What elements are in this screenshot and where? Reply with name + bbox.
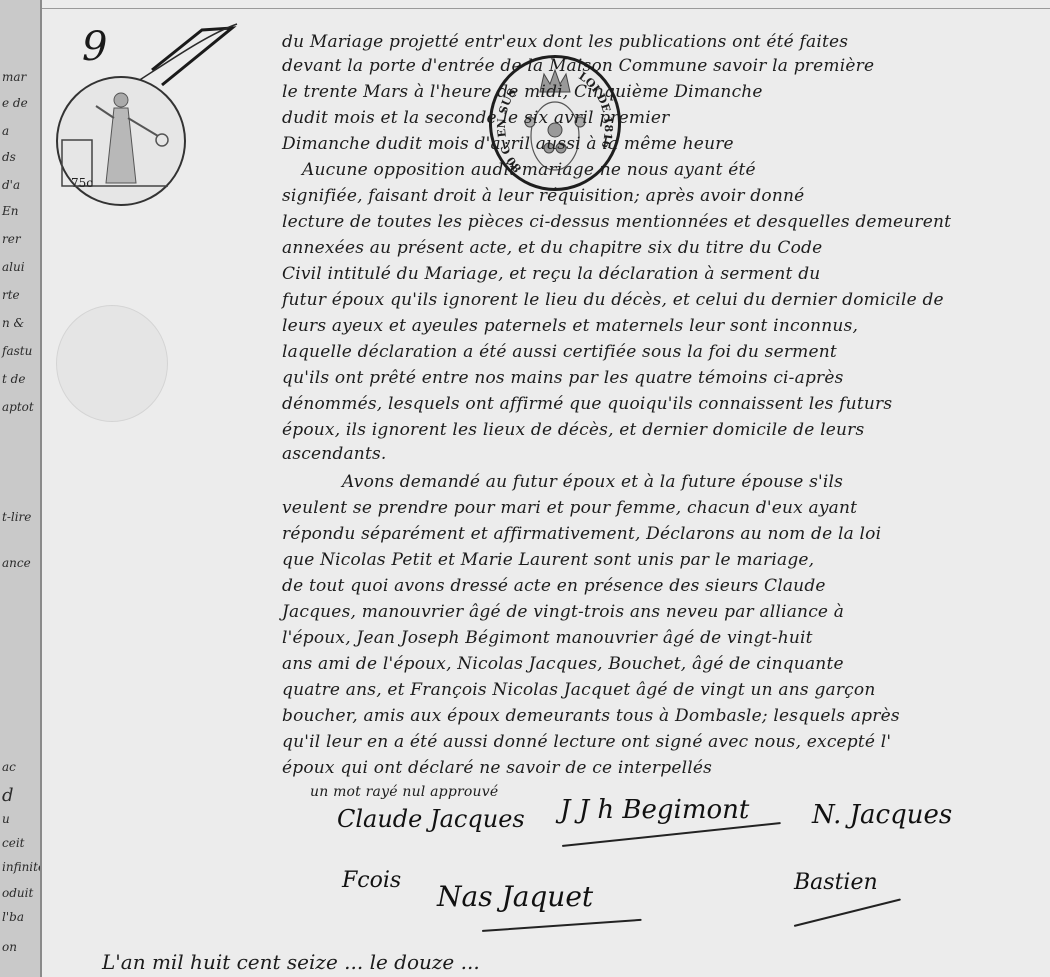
manuscript-line: répondu séparément et affirmativement, D… <box>282 524 881 544</box>
manuscript-line: veulent se prendre pour mari et pour fem… <box>282 498 857 518</box>
margin-fragment: u <box>2 812 10 826</box>
manuscript-line: Civil intitulé du Mariage, et reçu la dé… <box>282 264 820 284</box>
signature-begimont: J J h Begimont <box>560 795 749 825</box>
signature-flourish <box>794 898 901 927</box>
manuscript-line: ans ami de l'époux, Nicolas Jacques, Bou… <box>282 654 844 674</box>
manuscript-line: annexées au présent acte, et du chapitre… <box>282 238 822 258</box>
signature-bastien: Bastien <box>794 870 878 895</box>
margin-fragment: infinite <box>2 860 42 874</box>
signature-n-jacques: N. Jacques <box>812 800 952 830</box>
signature-fcois: Fcois <box>342 868 401 893</box>
margin-fragment: d <box>2 785 14 806</box>
manuscript-line: dénommés, lesquels ont affirmé que quoiq… <box>282 394 892 414</box>
next-act-fragment: L'an mil huit cent seize ... le douze ..… <box>102 950 480 974</box>
signature-claude-jacques: Claude Jacques <box>337 805 525 833</box>
manuscript-line: Aucune opposition audit mariage ne nous … <box>302 160 756 180</box>
tax-stamp-value: 75c <box>71 176 93 190</box>
margin-fragment: rer <box>2 232 21 246</box>
manuscript-line: le trente Mars à l'heure de midi, Cinqui… <box>282 82 763 102</box>
manuscript-line: Dimanche dudit mois d'avril aussi à la m… <box>282 134 734 154</box>
margin-fragment: ceit <box>2 836 24 850</box>
manuscript-line: de tout quoi avons dressé acte en présen… <box>282 576 826 596</box>
margin-fragment: l'ba <box>2 910 24 924</box>
manuscript-line: époux qui ont déclaré ne savoir de ce in… <box>282 758 712 778</box>
margin-fragment: oduit <box>2 886 33 900</box>
margin-fragment: d'a <box>2 178 20 192</box>
margin-fragment: t-lire <box>2 510 31 524</box>
manuscript-line: qu'ils ont prêté entre nos mains par les… <box>282 368 844 388</box>
act-number: 9 <box>82 24 107 70</box>
margin-fragment: e de <box>2 96 28 110</box>
margin-fragment: En <box>2 204 19 218</box>
margin-fragment: ance <box>2 556 31 570</box>
signature-flourish <box>562 822 781 847</box>
margin-fragment: t de <box>2 372 25 386</box>
signature-flourish <box>482 919 642 932</box>
manuscript-line: devant la porte d'entrée de la Maison Co… <box>282 56 874 76</box>
manuscript-line: époux, ils ignorent les lieux de décès, … <box>282 420 864 440</box>
margin-fragment: ds <box>2 150 16 164</box>
margin-fragment: rte <box>2 288 20 302</box>
margin-fragment: ac <box>2 760 16 774</box>
manuscript-line: que Nicolas Petit et Marie Laurent sont … <box>282 550 814 570</box>
signature-jaquet: Nas Jaquet <box>437 880 593 913</box>
previous-page-margin: mar e de a ds d'a En rer alui rte n & fa… <box>0 0 42 977</box>
manuscript-line: boucher, amis aux époux demeurants tous … <box>282 706 900 726</box>
margin-fragment: fastu <box>2 344 32 358</box>
manuscript-line: futur époux qu'ils ignorent le lieu du d… <box>282 290 944 310</box>
manuscript-line: dudit mois et la seconde le six avril pr… <box>282 108 669 128</box>
margin-fragment: a <box>2 124 9 138</box>
page-top-edge <box>42 8 1050 9</box>
register-page: 9 75c 80 C. EN SUS LOI DE 1816 <box>42 0 1050 977</box>
margin-fragment: mar <box>2 70 26 84</box>
margin-fragment: n & <box>2 316 24 330</box>
faded-seal <box>56 305 168 422</box>
manuscript-line: lecture de toutes les pièces ci-dessus m… <box>282 212 951 232</box>
margin-fragment: aptot <box>2 400 34 414</box>
manuscript-line: quatre ans, et François Nicolas Jacquet … <box>282 680 876 700</box>
margin-fragment: alui <box>2 260 25 274</box>
manuscript-line: laquelle déclaration a été aussi certifi… <box>282 342 837 362</box>
manuscript-line: ascendants. <box>282 444 387 464</box>
manuscript-line: signifiée, faisant droit à leur réquisit… <box>282 186 804 206</box>
manuscript-line: l'époux, Jean Joseph Bégimont manouvrier… <box>282 628 813 648</box>
margin-fragment: on <box>2 940 17 954</box>
manuscript-line: Jacques, manouvrier âgé de vingt-trois a… <box>282 602 844 622</box>
manuscript-line: du Mariage projetté entr'eux dont les pu… <box>282 32 848 52</box>
manuscript-line: leurs ayeux et ayeules paternels et mate… <box>282 316 858 336</box>
tax-stamp: 75c <box>56 76 186 206</box>
manuscript-line: un mot rayé nul approuvé <box>310 784 498 800</box>
manuscript-line: qu'il leur en a été aussi donné lecture … <box>282 732 891 752</box>
manuscript-line: Avons demandé au futur époux et à la fut… <box>342 472 843 492</box>
